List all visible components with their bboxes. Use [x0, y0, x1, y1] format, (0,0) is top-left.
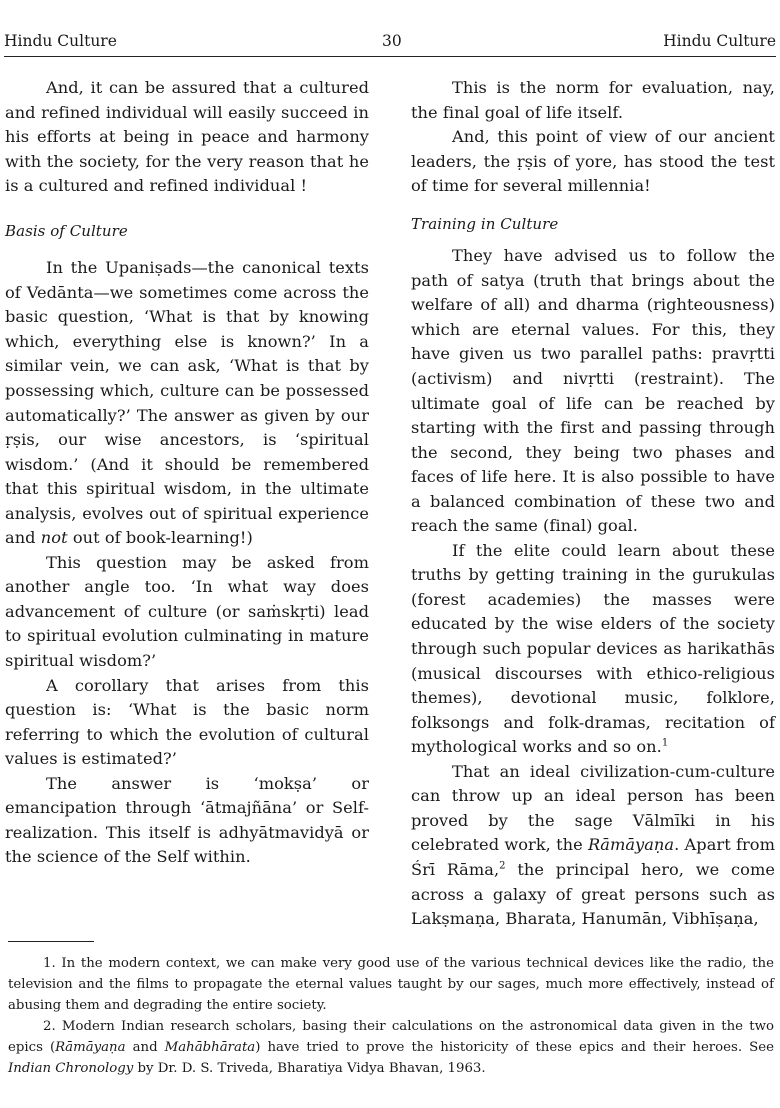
paragraph: In the Upaniṣads—the canonical texts of … [5, 256, 369, 551]
paragraph: This is the norm for evaluation, nay, th… [411, 76, 775, 125]
running-head: Hindu Culture 30 Hindu Culture [4, 30, 776, 56]
footnote-2: 2. Modern Indian research scholars, basi… [8, 1016, 774, 1079]
section-heading-basis-of-culture: Basis of Culture [5, 219, 369, 244]
paragraph: If the elite could learn about these tru… [411, 539, 775, 760]
paragraph: The answer is ‘mokṣa’ or emancipation th… [5, 772, 369, 870]
footnote-rule [8, 941, 94, 942]
footnote-1: 1. In the modern context, we can make ve… [8, 953, 774, 1016]
header-rule [4, 56, 776, 57]
footnote-ref-1[interactable]: 1 [662, 738, 668, 749]
right-column: This is the norm for evaluation, nay, th… [411, 76, 775, 932]
section-heading-training-in-culture: Training in Culture [411, 212, 775, 237]
emphasis: not [41, 528, 68, 547]
paragraph: This question may be asked from another … [5, 551, 369, 674]
page-number: 30 [382, 32, 402, 50]
paragraph: A corollary that arises from this questi… [5, 674, 369, 772]
running-head-right-title: Hindu Culture [663, 32, 776, 50]
paragraph: And, it can be assured that a cultured a… [5, 76, 369, 199]
paragraph: And, this point of view of our ancient l… [411, 125, 775, 199]
footnotes: 1. In the modern context, we can make ve… [8, 953, 774, 1079]
left-column: And, it can be assured that a cultured a… [5, 76, 369, 870]
emphasis-title: Rāmāyaṇa [588, 835, 674, 854]
running-head-left-title: Hindu Culture [4, 32, 117, 50]
paragraph: They have advised us to follow the path … [411, 244, 775, 539]
paragraph: That an ideal civilization-cum-culture c… [411, 760, 775, 932]
